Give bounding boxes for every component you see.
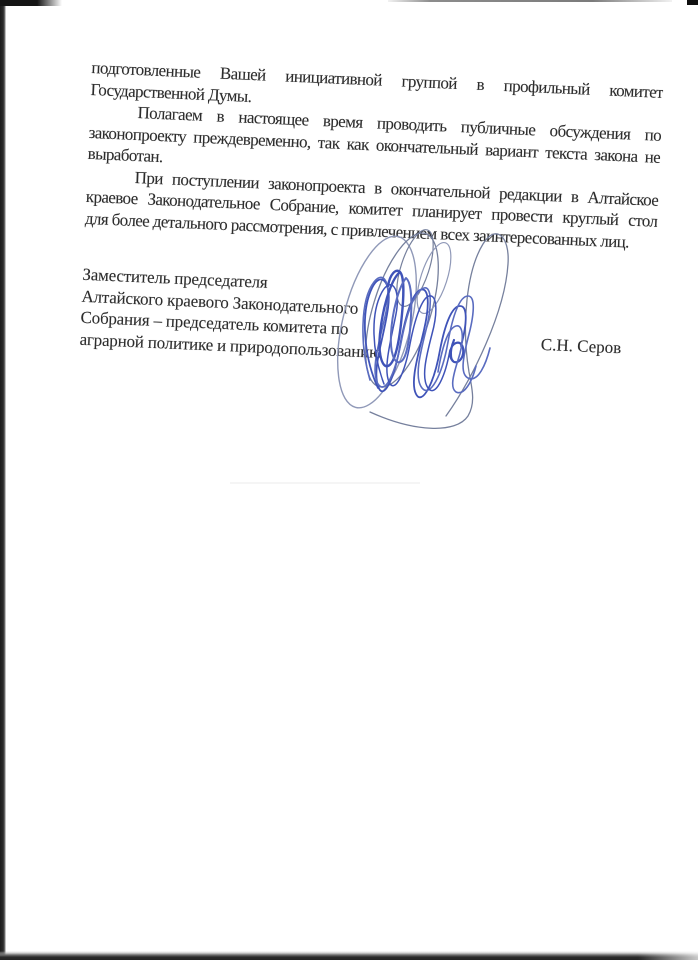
scan-smudge: [230, 482, 420, 484]
scan-edge-bottom: [0, 951, 698, 960]
scanned-letter-page: подготовленные Вашей инициативной группо…: [0, 0, 698, 960]
signature-scribble: [318, 220, 543, 432]
signer-name: С.Н. Серов: [540, 335, 621, 358]
scan-edge-top-left: [0, 0, 62, 6]
scan-edge-top-line: [388, 0, 672, 2]
scan-edge-left: [0, 0, 6, 960]
signature-stroke: [410, 239, 458, 317]
scan-edge-bottom-fade: [638, 951, 698, 960]
scan-edge-top-right: [687, 0, 698, 5]
